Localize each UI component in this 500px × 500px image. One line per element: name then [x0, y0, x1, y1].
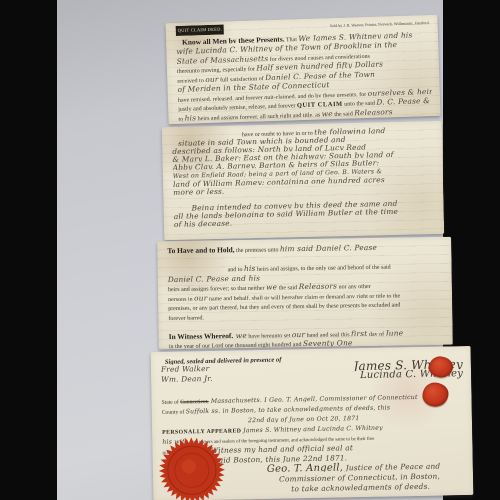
notary-seal — [158, 437, 225, 500]
printed-text: the said — [333, 111, 355, 118]
handwritten-text: Suffolk ss. — [186, 408, 221, 415]
paper-segment-2: have or ought to have in or to the follo… — [162, 121, 444, 240]
handwritten-text: his — [184, 113, 196, 121]
printed-text: in the year of our Lord one thousand eig… — [169, 342, 303, 349]
printed-text: forever barred. — [168, 315, 204, 320]
letterbox-left — [0, 0, 57, 500]
photo-backdrop: QUIT CLAIM DEED.Sold by J. R. Weaver, Pr… — [57, 0, 443, 500]
handwritten-text: Wm. Dean Jr. — [161, 374, 213, 385]
printed-text: To Have and to Hold, — [167, 245, 234, 254]
printed-text: heirs and assigns forever, all such righ… — [196, 112, 322, 121]
handwritten-text: Releasors — [354, 107, 393, 117]
handwritten-text: of his decease. — [174, 219, 233, 227]
paper-segment-4: Signed, sealed and delivered in presence… — [151, 346, 474, 500]
printed-text: County of — [162, 409, 186, 414]
handwritten-text: Seventy One — [303, 338, 353, 348]
paper-segment-3: To Have and to Hold, the premises unto h… — [157, 237, 453, 350]
notary-seal-graphic — [158, 437, 225, 500]
handwritten-text: we — [322, 109, 333, 118]
handwritten-text: to take acknowledgments of deeds. — [291, 482, 430, 494]
handwritten-text: more or less. — [173, 186, 225, 194]
paper-segment-1: QUIT CLAIM DEED.Sold by J. R. Weaver, Pr… — [165, 15, 440, 124]
